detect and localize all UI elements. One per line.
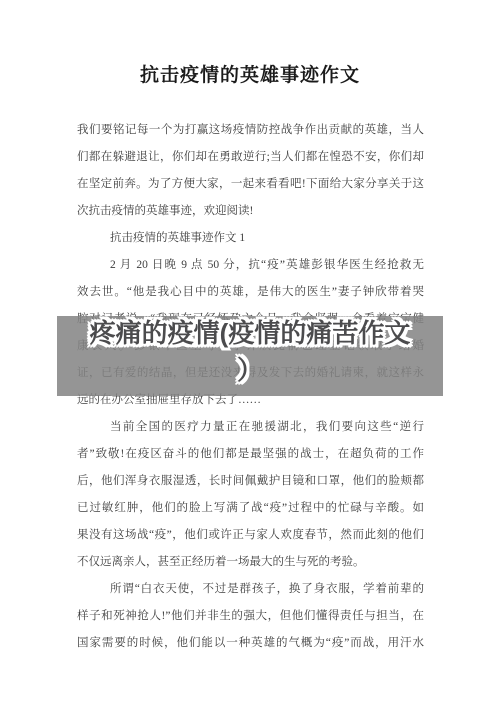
text-line: 2 月 20 日晚 9 点 50 分，抗“疫”英雄彭银华医生经抢救无	[77, 252, 424, 279]
watermark-overlay-band: 疼痛的疫情(疫情的痛苦作文 ）	[57, 316, 443, 396]
watermark-line-2: ）	[57, 352, 443, 389]
paragraph: 当前全国的医疗力量正在驰援湖北，我们要向这些“逆行者”致敬!在疫区奋斗的他们都是…	[77, 414, 424, 576]
text-line: 者”致敬!在疫区奋斗的他们都是最坚强的战士，在超负荷的工作	[77, 441, 424, 468]
text-line: 抗击疫情的英雄事迹作文 1	[77, 225, 424, 252]
text-line: 果没有这场战“疫”，他们或许正与家人欢度春节，然而此刻的他们	[77, 522, 424, 549]
text-line: 已过敏红肿，他们的脸上写满了战“疫”过程中的忙碌与辛酸。如	[77, 495, 424, 522]
text-line: 次抗击疫情的英雄事迹，欢迎阅读!	[77, 198, 424, 225]
text-line: 国家需要的时候，他们能以一种英雄的气概为“疫”而战，用汗水	[77, 630, 424, 657]
text-line: 当前全国的医疗力量正在驰援湖北，我们要向这些“逆行	[77, 414, 424, 441]
text-line: 所谓“白衣天使，不过是群孩子，换了身衣服，学着前辈的	[77, 576, 424, 603]
text-line: 我们要铭记每一个为打赢这场疫情防控战争作出贡献的英雄，当人	[77, 117, 424, 144]
text-line: 效去世。“他是我心目中的英雄，是伟大的医生”妻子钟欣带着哭	[77, 279, 424, 306]
text-line: 后，他们浑身衣服湿透，长时间佩戴护目镜和口罩，他们的脸颊都	[77, 468, 424, 495]
paragraph: 抗击疫情的英雄事迹作文 1	[77, 225, 424, 252]
text-line: 们都在躲避退让，你们却在勇敢逆行;当人们都在惶恐不安，你们却	[77, 144, 424, 171]
watermark-line-1: 疼痛的疫情(疫情的痛苦作文	[57, 315, 443, 352]
watermark-text: 疼痛的疫情(疫情的痛苦作文 ）	[57, 315, 443, 389]
paragraph: 我们要铭记每一个为打赢这场疫情防控战争作出贡献的英雄，当人们都在躲避退让，你们却…	[77, 117, 424, 225]
text-line: 样子和死神抢人!”他们并非生的强大，但他们懂得责任与担当，在	[77, 603, 424, 630]
text-line: 在坚定前奔。为了方便大家，一起来看看吧!下面给大家分享关于这	[77, 171, 424, 198]
paragraph: 所谓“白衣天使，不过是群孩子，换了身衣服，学着前辈的样子和死神抢人!”他们并非生…	[77, 576, 424, 657]
text-line: 不仅远离亲人，甚至正经历着一场最大的生与死的考验。	[77, 549, 424, 576]
document-title: 抗击疫情的英雄事迹作文	[0, 60, 500, 87]
document-page: 抗击疫情的英雄事迹作文 我们要铭记每一个为打赢这场疫情防控战争作出贡献的英雄，当…	[0, 0, 500, 706]
